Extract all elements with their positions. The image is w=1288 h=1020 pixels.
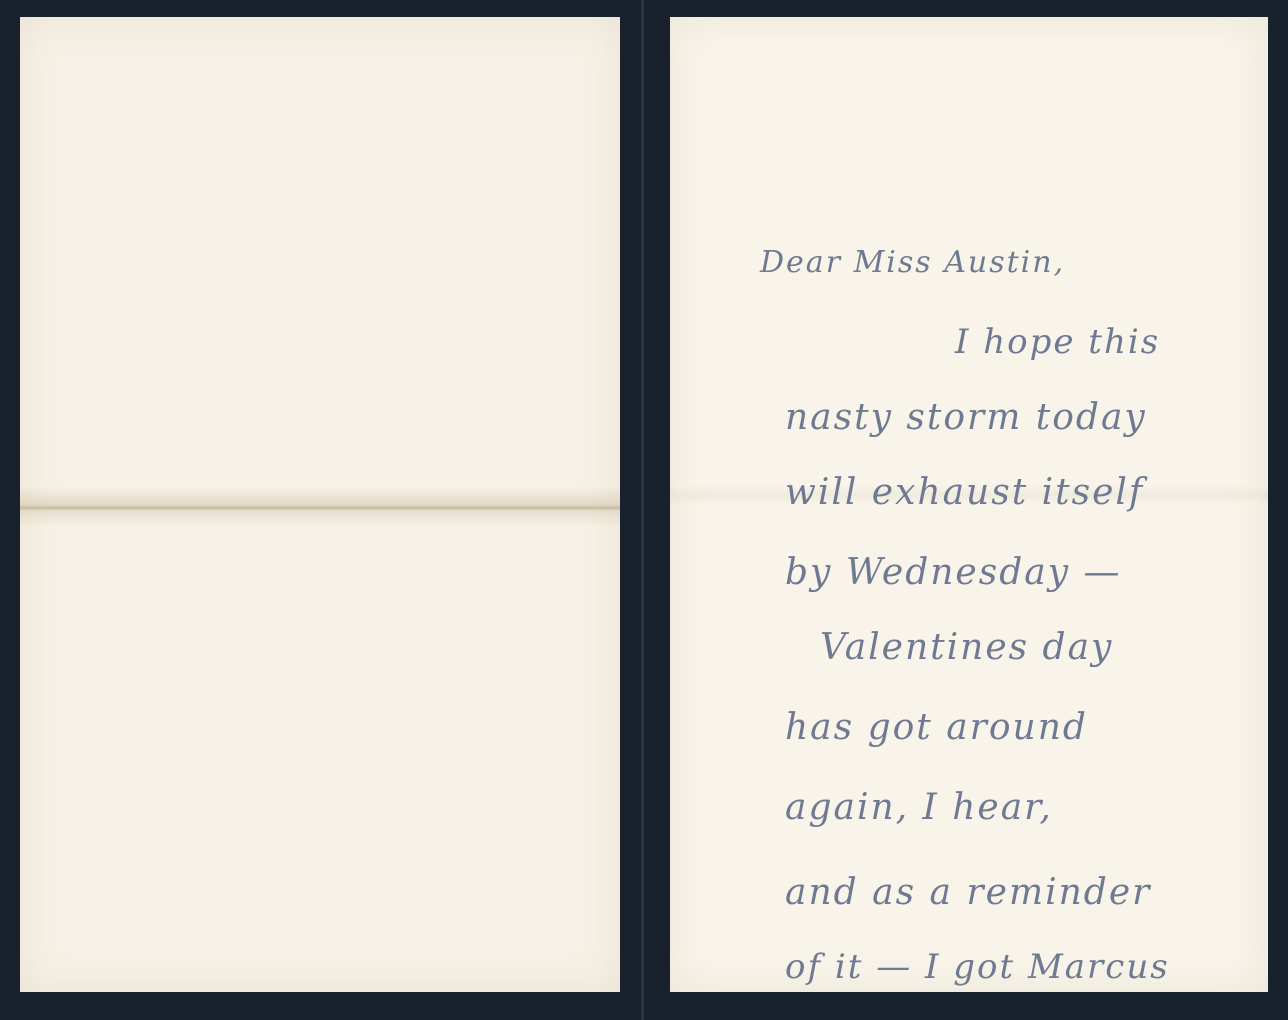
left-page-blank	[20, 17, 620, 992]
right-page-letter: Dear Miss Austin, I hope this nasty stor…	[670, 17, 1268, 992]
letter-line: I hope this	[955, 322, 1160, 362]
letter-scan: Dear Miss Austin, I hope this nasty stor…	[0, 0, 1288, 1020]
letter-line: has got around	[785, 707, 1088, 748]
letter-line: again, I hear,	[785, 787, 1053, 828]
fold-crease	[20, 487, 620, 527]
letter-line: by Wednesday —	[785, 552, 1122, 593]
salutation: Dear Miss Austin,	[760, 245, 1065, 280]
letter-line: of it — I got Marcus	[785, 947, 1170, 987]
letter-line: will exhaust itself	[785, 472, 1144, 513]
letter-line: nasty storm today	[785, 397, 1147, 438]
letter-line: and as a reminder	[785, 872, 1151, 913]
letter-line: Valentines day	[820, 627, 1113, 668]
letter-body: Dear Miss Austin, I hope this nasty stor…	[670, 17, 1268, 992]
spine-divider	[641, 0, 644, 1020]
